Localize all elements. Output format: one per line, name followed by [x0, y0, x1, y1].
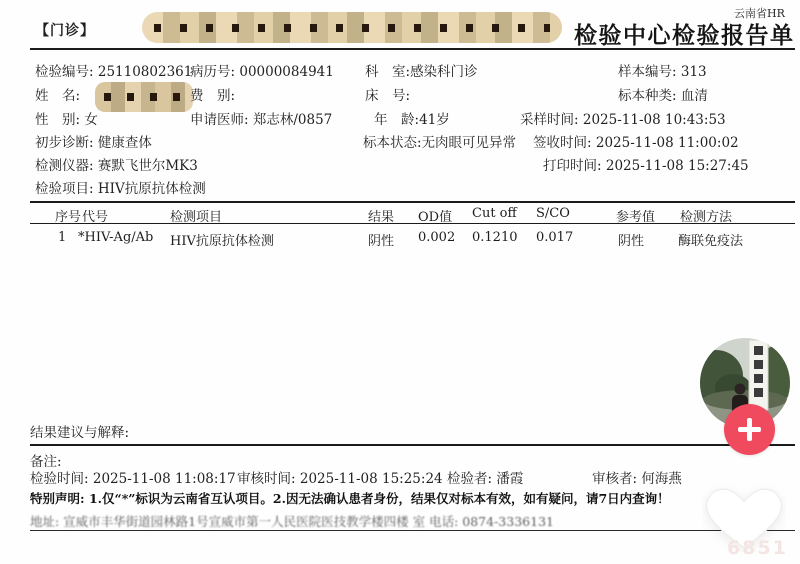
field-diagnosis: 初步诊断: 健康查体: [35, 131, 152, 151]
bottom-rule: [30, 530, 795, 531]
field-value: 女: [84, 112, 98, 128]
cell-seq: 1: [58, 230, 66, 245]
field-sex: 性 别: 女: [35, 108, 98, 128]
address-line: 地址: 宣威市丰华街道园林路1号宣威市第一人民医院医技教学楼四楼 室 电话: 0…: [30, 512, 554, 530]
like-count: 6851: [727, 537, 788, 559]
field-label: 打印时间:: [543, 158, 602, 174]
field-value: 2025-11-08 11:00:02: [596, 135, 739, 151]
cell-sco: 0.017: [536, 230, 573, 245]
field-sample-no: 样本编号: 313: [618, 60, 707, 80]
field-specimen: 标本种类: 血清: [618, 84, 708, 104]
field-report-no: 检验编号: 25110802361: [35, 60, 192, 80]
col-header-sco: S/CO: [536, 206, 570, 221]
footer-divider: [30, 444, 795, 446]
field-review-time: 审核时间: 2025-11-08 15:25:24: [237, 467, 443, 487]
field-test-time: 检验时间: 2025-11-08 11:08:17: [30, 467, 236, 487]
field-value: 41岁: [419, 112, 450, 128]
field-print-time: 打印时间: 2025-11-08 15:27:45: [543, 154, 749, 174]
field-value: 2025-11-08 10:43:53: [583, 112, 726, 128]
field-value: 无肉眼可见异常: [422, 135, 517, 151]
field-tester: 检验者: 潘霞: [447, 467, 523, 487]
field-value: 2025-11-08 11:08:17: [93, 471, 236, 487]
field-value: 感染科门诊: [410, 64, 478, 80]
field-physician: 申请医师: 郑志林/0857: [190, 108, 332, 128]
field-label: 申请医师:: [190, 112, 249, 128]
field-age: 年 龄:41岁: [374, 108, 450, 128]
col-header-cutoff: Cut off: [472, 206, 517, 221]
field-label: 检验项目:: [35, 181, 94, 197]
field-label: 标本种类:: [618, 88, 677, 104]
cell-reference: 阴性: [618, 230, 644, 249]
field-label: 审核者:: [592, 471, 637, 487]
field-value: 潘霞: [496, 471, 523, 487]
field-value: 赛默飞世尔MK3: [98, 158, 198, 174]
field-specimen-status: 标本状态:无肉眼可见异常: [363, 131, 516, 151]
cell-code: *HIV-Ag/Ab: [78, 230, 153, 245]
cell-method: 酶联免疫法: [678, 230, 743, 249]
field-reviewer: 审核者: 何海燕: [592, 467, 682, 487]
field-label: 审核时间:: [237, 471, 296, 487]
cell-cutoff: 0.1210: [472, 230, 518, 245]
field-label: 采样时间:: [520, 112, 579, 128]
field-label: 检验编号:: [35, 64, 94, 80]
field-value: 血清: [681, 88, 708, 104]
special-statement: 特别声明: 1.仅“*”标识为云南省互认项目。2.因无法确认患者身份，结果仅对标…: [30, 489, 670, 507]
cell-od: 0.002: [418, 230, 455, 245]
field-case-no: 病历号: 00000084941: [190, 60, 334, 80]
field-sampling-time: 采样时间: 2025-11-08 10:43:53: [520, 108, 726, 128]
cell-result: 阴性: [368, 230, 394, 249]
field-label: 性 别:: [35, 112, 80, 128]
field-bed: 床 号:: [365, 84, 410, 104]
field-label: 病历号:: [190, 64, 235, 80]
field-label: 检验者:: [447, 471, 492, 487]
field-label: 年 龄:: [374, 112, 419, 128]
field-label: 检测仪器:: [35, 158, 94, 174]
field-label: 姓 名:: [35, 88, 80, 104]
visit-type-label: 【门诊】: [35, 20, 95, 40]
cell-item: HIV抗原抗体检测: [170, 230, 274, 249]
field-instrument: 检测仪器: 赛默飞世尔MK3: [35, 154, 198, 174]
field-value: 00000084941: [239, 64, 333, 80]
field-value: 健康查体: [98, 135, 152, 151]
field-label: 样本编号:: [618, 64, 677, 80]
follow-plus-button[interactable]: [724, 404, 775, 455]
header-divider: [30, 48, 795, 50]
field-value: 2025-11-08 15:25:24: [300, 471, 443, 487]
field-label: 床 号:: [365, 88, 410, 104]
field-value: 何海燕: [641, 471, 682, 487]
redaction-name: [95, 82, 193, 112]
field-label: 签收时间:: [533, 135, 592, 151]
field-receive-time: 签收时间: 2025-11-08 11:00:02: [533, 131, 739, 151]
page-title: 检验中心检验报告单: [574, 17, 795, 50]
field-value: 313: [681, 64, 707, 80]
field-label: 标本状态:: [363, 135, 422, 151]
field-label: 科 室:: [365, 64, 410, 80]
field-label: 初步诊断:: [35, 135, 94, 151]
advice-label: 结果建议与解释:: [30, 421, 129, 441]
field-value: 2025-11-08 15:27:45: [606, 158, 749, 174]
field-value: 25110802361: [98, 64, 192, 80]
field-fee: 费 别:: [190, 84, 235, 104]
redaction-bar: [142, 12, 562, 43]
lab-report-page: 【门诊】 云南省HR 检验中心检验报告单 检验编号: 25110802361 病…: [0, 0, 800, 564]
table-top-rule: [30, 201, 795, 203]
field-name: 姓 名:: [35, 84, 80, 104]
field-value: HIV抗原抗体检测: [98, 181, 206, 197]
field-label: 检验时间:: [30, 471, 89, 487]
field-label: 费 别:: [190, 88, 235, 104]
field-test-items: 检验项目: HIV抗原抗体检测: [35, 177, 206, 197]
table-header-rule: [30, 223, 795, 224]
field-department: 科 室:感染科门诊: [365, 60, 478, 80]
field-value: 郑志林/0857: [253, 112, 332, 128]
